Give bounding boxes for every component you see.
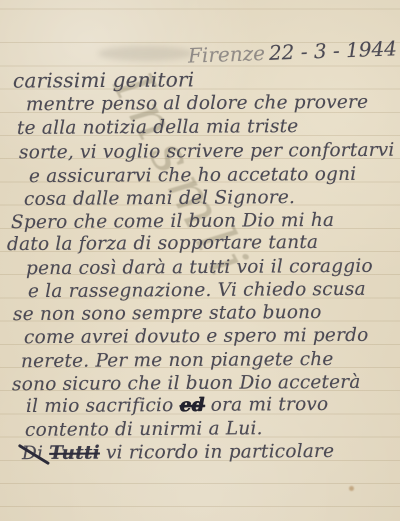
handwritten-letter-page: Insmli Firenze22 - 3 - 1944 carissimi ge… [0,0,400,521]
letter-line: sorte, vi voglio scrivere per confortarv… [19,140,395,164]
letter-line: mentre penso al dolore che provere [26,92,368,115]
letter-line: e assicurarvi che ho accetato ogni [29,164,356,187]
letter-line: nerete. Per me non piangete che [21,349,334,372]
letter-line: sono sicuro che il buon Dio acceterà [12,372,361,395]
ink-smudge [98,46,193,61]
letter-line-correction: il mio sacrificio ed ora mi trovo [26,394,328,417]
overwritten-word: ed [179,395,204,416]
letter-line: pena così darà a tutti voi il coraggio [26,256,373,279]
date-value: 22 - 3 - 1944 [269,36,398,64]
date-place: Firenze [188,41,266,68]
letter-line: Spero che come il buon Dio mi ha [11,210,334,233]
letter-line: cosa dalle mani del Signore. [24,187,295,210]
letter-line: te alla notizia della mia triste [17,116,299,139]
letter-line: come avrei dovuto e spero mi perdo [24,325,369,348]
letter-line-closing: Di Tutti vi ricordo in particolare [22,441,334,464]
struck-word: Tutti [49,443,100,464]
salutation: carissimi genitori [13,67,194,92]
letter-line: se non sono sempre stato buono [13,302,322,325]
correction-after: ora mi trovo [211,394,329,416]
letter-line: dato la forza di sopportare tanta [7,232,318,255]
letter-line: e la rassegnazione. Vi chiedo scusa [28,279,366,302]
paper-stain [349,486,354,491]
correction-before: il mio sacrificio [26,395,174,417]
closing-rest: vi ricordo in particolare [106,441,334,464]
struck-word: Di [22,443,43,464]
line-contento-real: contento di unirmi a Lui. [25,418,263,441]
letter-line: contento di unirmi a Lui. [25,418,263,441]
